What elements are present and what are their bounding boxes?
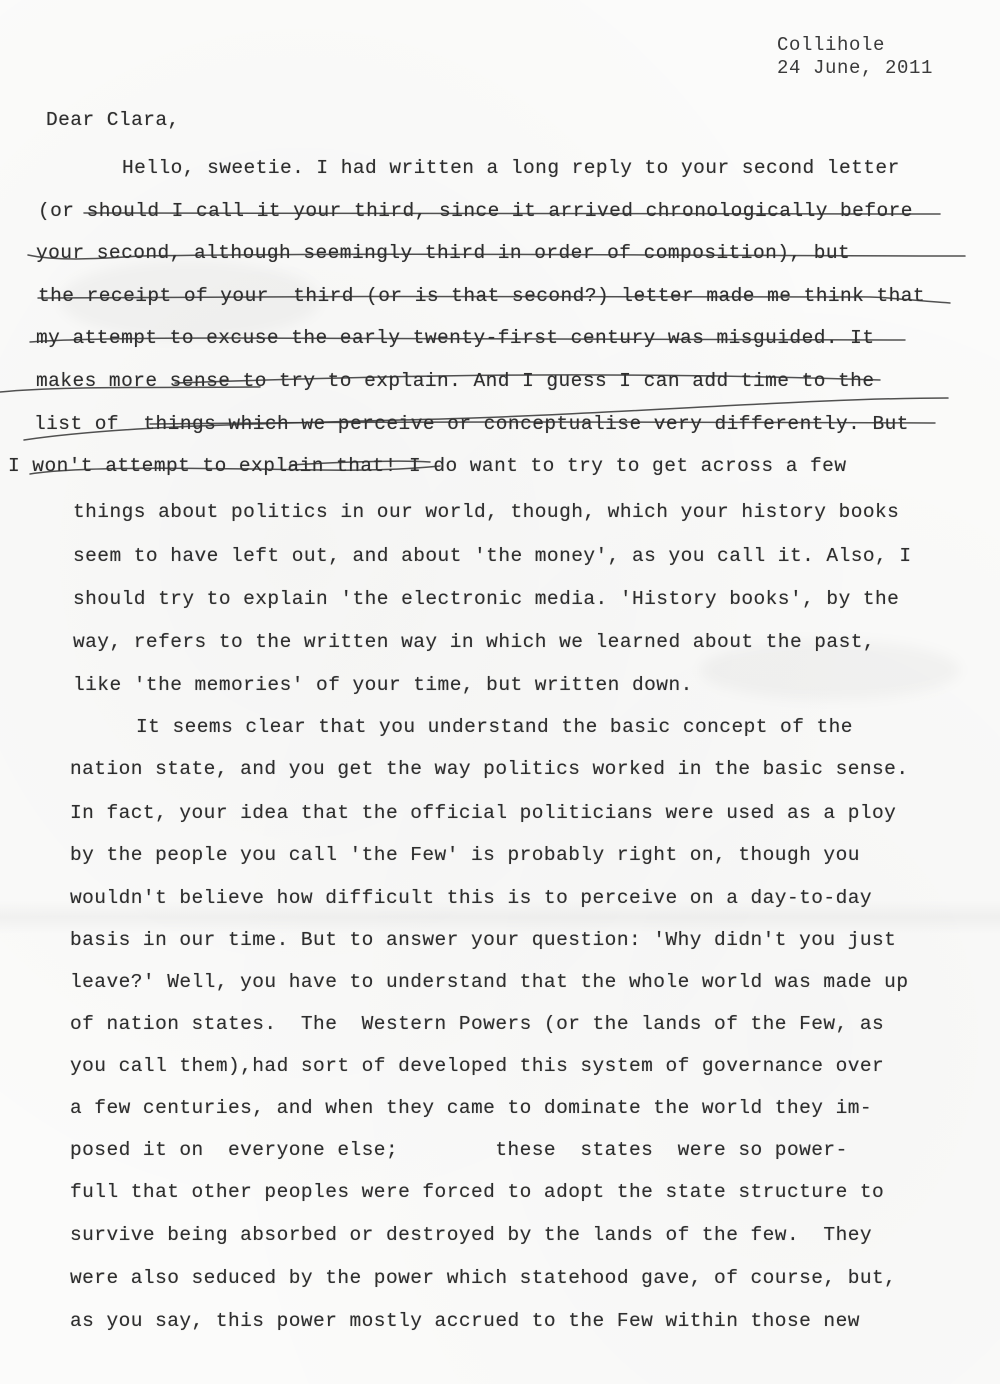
body-line: survive being absorbed or destroyed by t… [70,1223,872,1247]
body-line: like 'the memories' of your time, but wr… [73,673,693,697]
letter-date: 24 June, 2011 [777,56,933,80]
body-line: basis in our time. But to answer your qu… [70,928,896,952]
body-line: full that other peoples were forced to a… [70,1180,884,1204]
salutation: Dear Clara, [46,108,180,132]
body-line-struck: makes more sense to try to explain. And … [36,369,874,393]
body-line: wouldn't believe how difficult this is t… [70,886,872,910]
body-line: were also seduced by the power which sta… [70,1266,896,1290]
body-line: should try to explain 'the electronic me… [73,587,899,611]
paragraph-start-line: It seems clear that you understand the b… [136,715,853,739]
body-line: seem to have left out, and about 'the mo… [73,544,911,568]
body-line-struck: my attempt to excuse the early twenty-fi… [36,326,874,350]
body-line: In fact, your idea that the official pol… [70,801,896,825]
letter-place: Collihole [777,33,885,57]
body-line: you call them),had sort of developed thi… [70,1054,884,1078]
body-line: nation state, and you get the way politi… [70,757,908,781]
body-line: a few centuries, and when they came to d… [70,1096,872,1120]
body-line: things about politics in our world, thou… [73,500,899,524]
body-line: leave?' Well, you have to understand tha… [70,970,908,994]
body-line: as you say, this power mostly accrued to… [70,1309,860,1333]
body-line: by the people you call 'the Few' is prob… [70,843,860,867]
letter-page: Collihole 24 June, 2011 Dear Clara, Hell… [0,0,1000,1384]
body-line: way, refers to the written way in which … [73,630,875,654]
body-line: posed it on everyone else; these states … [70,1138,848,1162]
body-line: Hello, sweetie. I had written a long rep… [122,156,900,180]
body-line-struck: your second, although seemingly third in… [36,241,850,265]
body-line-struck: list of things which we perceive or conc… [34,412,909,436]
body-line-struck: the receipt of your third (or is that se… [38,284,925,308]
body-line: I won't attempt to explain that! I do wa… [8,454,846,478]
body-line-struck: (or should I call it your third, since i… [38,199,913,223]
body-line: of nation states. The Western Powers (or… [70,1012,884,1036]
